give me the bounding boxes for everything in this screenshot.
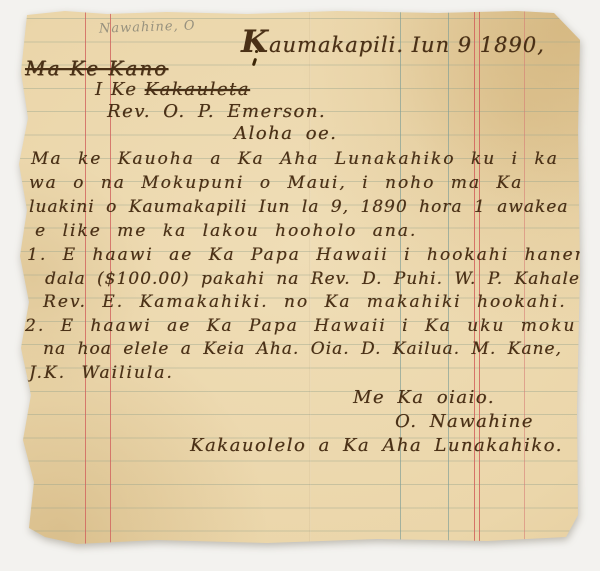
body-line: luakini o Kaumakapili Iun la 9, 1890 hor… [29,197,568,217]
signature: O. Nawahine [395,411,534,432]
recipient-line: Rev. O. P. Emerson. [107,101,326,122]
addressee-line: I Ke Kakauleta [95,79,250,100]
body-line: J.K. Wailiula. [29,363,174,383]
salutation: Aloha oe. [234,123,337,144]
valediction: Me Ka oiaio. [353,387,495,408]
ink-dot [255,50,258,53]
body-line: 2. E haawi ae Ka Papa Hawaii i Ka uku mo… [25,316,600,336]
body-line: dala ($100.00) pakahi na Rev. D. Puhi. W… [45,269,586,289]
ink-flourish [252,58,257,67]
struck-word: Kakauleta [145,79,250,100]
body-line: e like me ka lakou hooholo ana. [35,221,417,241]
body-line: Rev. E. Kamakahiki. no Ka makahiki hooka… [43,292,567,312]
body-line: na hoa elele a Keia Aha. Oia. D. Kailua.… [43,339,562,359]
pencil-annotation: Nawahine, O [99,18,196,36]
body-line: 1. E haawi ae Ka Papa Hawaii i hookahi h… [27,245,592,265]
dateline: Kaumakapili. Iun 9 1890, [241,24,545,60]
paper-shadow-wrap: Nawahine, O Kaumakapili. Iun 9 1890, Ma … [0,0,600,571]
letter-paper: Nawahine, O Kaumakapili. Iun 9 1890, Ma … [17,10,580,546]
body-line: wa o na Mokupuni o Maui, i noho ma Ka [29,173,523,193]
addressee-prefix: I Ke [95,79,145,100]
body-line: Ma ke Kauoha a Ka Aha Lunakahiko ku i ka [31,149,559,169]
scan-background: Nawahine, O Kaumakapili. Iun 9 1890, Ma … [0,0,600,571]
signer-title: Kakauolelo a Ka Aha Lunakahiko. [190,435,563,456]
struck-addressee: Ma Ke Kano [25,56,168,80]
